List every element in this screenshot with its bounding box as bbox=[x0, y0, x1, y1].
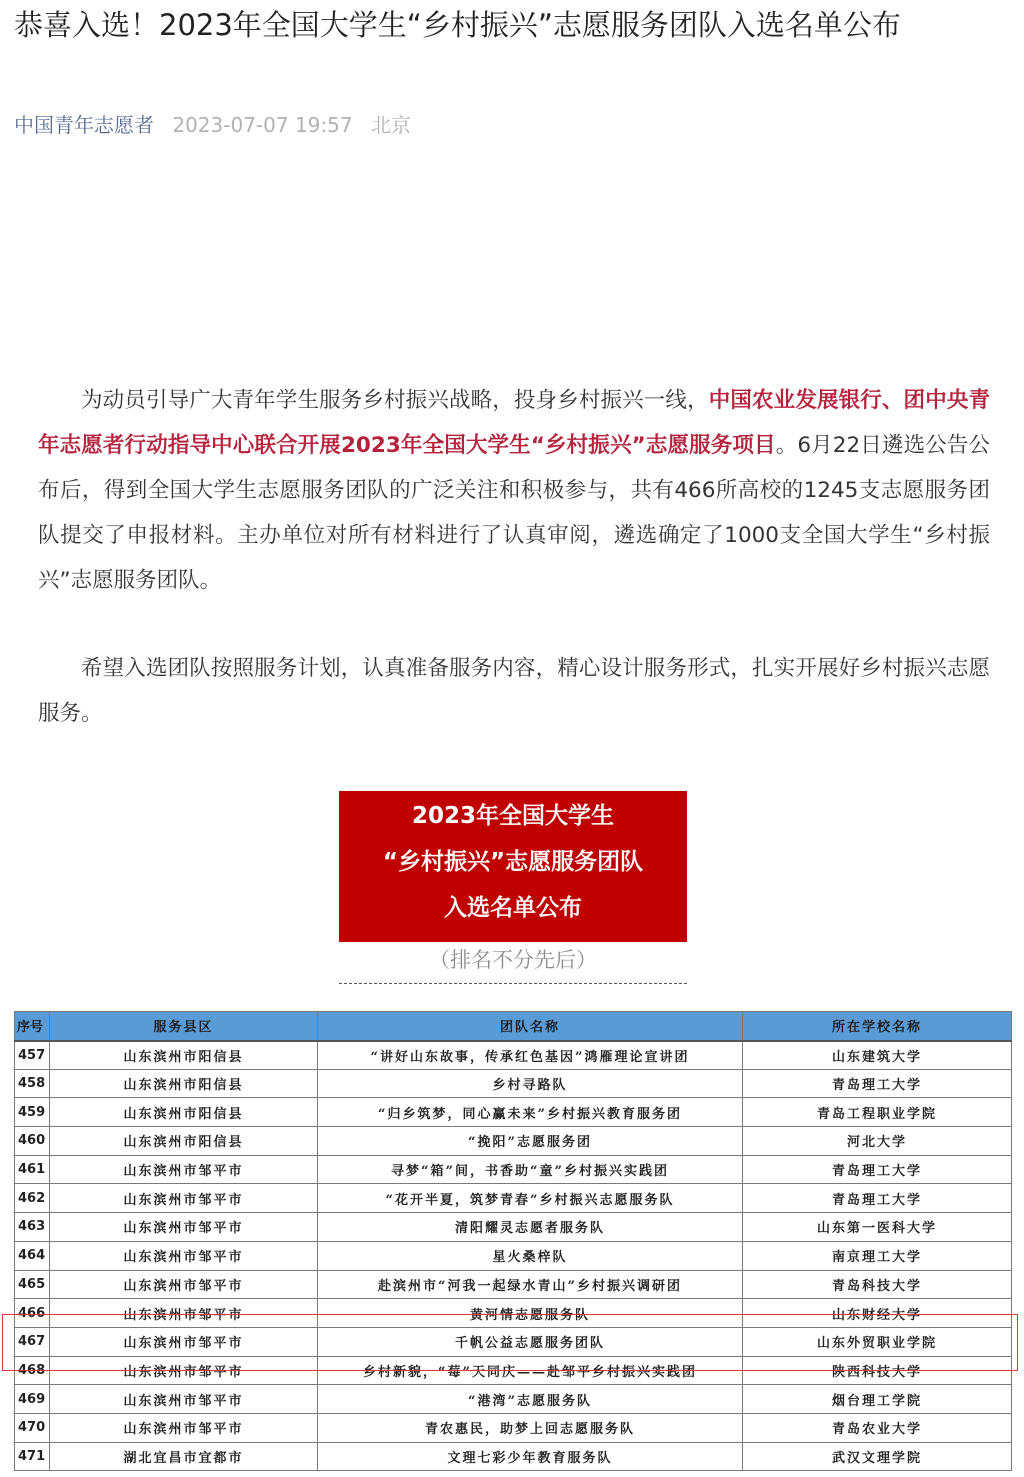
cell-team: 乡村寻路队 bbox=[318, 1069, 743, 1098]
article-page: 恭喜入选！2023年全国大学生“乡村振兴”志愿服务团队入选名单公布 中国青年志愿… bbox=[0, 0, 1024, 1477]
table-row: 470山东滨州市邹平市青农惠民，助梦上回志愿服务队青岛农业大学 bbox=[15, 1413, 1012, 1442]
cell-county: 山东滨州市阳信县 bbox=[50, 1041, 318, 1070]
cell-school: 青岛理工大学 bbox=[743, 1155, 1012, 1184]
cell-school: 青岛工程职业学院 bbox=[743, 1098, 1012, 1127]
publish-time: 2023-07-07 19:57 bbox=[172, 113, 352, 137]
table-row: 458山东滨州市阳信县乡村寻路队青岛理工大学 bbox=[15, 1069, 1012, 1098]
cell-school: 山东第一医科大学 bbox=[743, 1213, 1012, 1242]
cell-no: 462 bbox=[15, 1184, 50, 1213]
cell-team: 星火桑梓队 bbox=[318, 1241, 743, 1270]
cell-team: 黄河情志愿服务队 bbox=[318, 1299, 743, 1328]
cell-no: 457 bbox=[15, 1041, 50, 1070]
cell-school: 青岛农业大学 bbox=[743, 1413, 1012, 1442]
cell-county: 湖北宜昌市宜都市 bbox=[50, 1442, 318, 1471]
banner-line-1: 2023年全国大学生 bbox=[339, 793, 687, 839]
cell-county: 山东滨州市阳信县 bbox=[50, 1069, 318, 1098]
closing-paragraph: 希望入选团队按照服务计划，认真准备服务内容，精心设计服务形式，扎实开展好乡村振兴… bbox=[38, 646, 990, 736]
cell-no: 469 bbox=[15, 1385, 50, 1414]
table-row: 471湖北宜昌市宜都市文理七彩少年教育服务队武汉文理学院 bbox=[15, 1442, 1012, 1471]
cell-school: 河北大学 bbox=[743, 1127, 1012, 1156]
table-row: 464山东滨州市邹平市星火桑梓队南京理工大学 bbox=[15, 1241, 1012, 1270]
cell-team: “归乡筑梦，同心赢未来”乡村振兴教育服务团 bbox=[318, 1098, 743, 1127]
cell-school: 青岛理工大学 bbox=[743, 1069, 1012, 1098]
cell-no: 465 bbox=[15, 1270, 50, 1299]
table-row: 468山东滨州市邹平市乡村新貌，“莓”天同庆——赴邹平乡村振兴实践团陕西科技大学 bbox=[15, 1356, 1012, 1385]
cell-team: 乡村新貌，“莓”天同庆——赴邹平乡村振兴实践团 bbox=[318, 1356, 743, 1385]
cell-team: “挽阳”志愿服务团 bbox=[318, 1127, 743, 1156]
cell-school: 山东外贸职业学院 bbox=[743, 1327, 1012, 1356]
cell-team: 文理七彩少年教育服务队 bbox=[318, 1442, 743, 1471]
cell-school: 山东财经大学 bbox=[743, 1299, 1012, 1328]
cell-team: 寻梦“箱”间，书香助“童”乡村振兴实践团 bbox=[318, 1155, 743, 1184]
cell-team: 千帆公益志愿服务团队 bbox=[318, 1327, 743, 1356]
banner-line-2: “乡村振兴”志愿服务团队 bbox=[339, 839, 687, 885]
cell-no: 463 bbox=[15, 1213, 50, 1242]
cell-team: “讲好山东故事，传承红色基因”鸿雁理论宣讲团 bbox=[318, 1041, 743, 1070]
publish-location: 北京 bbox=[371, 113, 411, 137]
cell-county: 山东滨州市阳信县 bbox=[50, 1098, 318, 1127]
cell-school: 青岛理工大学 bbox=[743, 1184, 1012, 1213]
team-list-table: 序号 服务县区 团队名称 所在学校名称 457山东滨州市阳信县“讲好山东故事，传… bbox=[14, 1011, 1012, 1471]
cell-school: 山东建筑大学 bbox=[743, 1041, 1012, 1070]
cell-county: 山东滨州市邹平市 bbox=[50, 1270, 318, 1299]
table-row: 466山东滨州市邹平市黄河情志愿服务队山东财经大学 bbox=[15, 1299, 1012, 1328]
table-row: 459山东滨州市阳信县“归乡筑梦，同心赢未来”乡村振兴教育服务团青岛工程职业学院 bbox=[15, 1098, 1012, 1127]
col-header-county: 服务县区 bbox=[50, 1012, 318, 1041]
table-row: 465山东滨州市邹平市赴滨州市“河我一起绿水青山”乡村振兴调研团青岛科技大学 bbox=[15, 1270, 1012, 1299]
table-row: 460山东滨州市阳信县“挽阳”志愿服务团河北大学 bbox=[15, 1127, 1012, 1156]
cell-county: 山东滨州市阳信县 bbox=[50, 1127, 318, 1156]
cell-no: 459 bbox=[15, 1098, 50, 1127]
cell-school: 武汉文理学院 bbox=[743, 1442, 1012, 1471]
cell-school: 南京理工大学 bbox=[743, 1241, 1012, 1270]
article-title: 恭喜入选！2023年全国大学生“乡村振兴”志愿服务团队入选名单公布 bbox=[14, 2, 1004, 48]
author-link[interactable]: 中国青年志愿者 bbox=[14, 113, 154, 137]
cell-county: 山东滨州市邹平市 bbox=[50, 1413, 318, 1442]
cell-county: 山东滨州市邹平市 bbox=[50, 1213, 318, 1242]
cell-no: 467 bbox=[15, 1327, 50, 1356]
ranking-note: （排名不分先后） bbox=[339, 944, 687, 976]
cell-no: 460 bbox=[15, 1127, 50, 1156]
cell-county: 山东滨州市邹平市 bbox=[50, 1385, 318, 1414]
table-header-row: 序号 服务县区 团队名称 所在学校名称 bbox=[15, 1012, 1012, 1041]
cell-county: 山东滨州市邹平市 bbox=[50, 1327, 318, 1356]
table-row: 469山东滨州市邹平市“港湾”志愿服务队烟台理工学院 bbox=[15, 1385, 1012, 1414]
intro-paragraph: 为动员引导广大青年学生服务乡村振兴战略，投身乡村振兴一线，中国农业发展银行、团中… bbox=[38, 378, 990, 603]
banner-line-3: 入选名单公布 bbox=[339, 885, 687, 931]
cell-team: 清阳耀灵志愿者服务队 bbox=[318, 1213, 743, 1242]
col-header-school: 所在学校名称 bbox=[743, 1012, 1012, 1041]
col-header-no: 序号 bbox=[15, 1012, 50, 1041]
cell-county: 山东滨州市邹平市 bbox=[50, 1155, 318, 1184]
col-header-team: 团队名称 bbox=[318, 1012, 743, 1041]
table-row: 461山东滨州市邹平市寻梦“箱”间，书香助“童”乡村振兴实践团青岛理工大学 bbox=[15, 1155, 1012, 1184]
cell-county: 山东滨州市邹平市 bbox=[50, 1356, 318, 1385]
table-row: 462山东滨州市邹平市“花开半夏，筑梦青春”乡村振兴志愿服务队青岛理工大学 bbox=[15, 1184, 1012, 1213]
cell-no: 461 bbox=[15, 1155, 50, 1184]
cell-no: 466 bbox=[15, 1299, 50, 1328]
cell-team: “港湾”志愿服务队 bbox=[318, 1385, 743, 1414]
cell-school: 烟台理工学院 bbox=[743, 1385, 1012, 1414]
table-row: 457山东滨州市阳信县“讲好山东故事，传承红色基因”鸿雁理论宣讲团山东建筑大学 bbox=[15, 1041, 1012, 1070]
cell-county: 山东滨州市邹平市 bbox=[50, 1299, 318, 1328]
article-meta: 中国青年志愿者 2023-07-07 19:57 北京 bbox=[14, 111, 411, 139]
cell-no: 468 bbox=[15, 1356, 50, 1385]
cell-no: 470 bbox=[15, 1413, 50, 1442]
cell-county: 山东滨州市邹平市 bbox=[50, 1184, 318, 1213]
cell-team: “花开半夏，筑梦青春”乡村振兴志愿服务队 bbox=[318, 1184, 743, 1213]
cell-no: 464 bbox=[15, 1241, 50, 1270]
cell-team: 赴滨州市“河我一起绿水青山”乡村振兴调研团 bbox=[318, 1270, 743, 1299]
intro-text: 为动员引导广大青年学生服务乡村振兴战略，投身乡村振兴一线， bbox=[81, 388, 709, 413]
table-row: 463山东滨州市邹平市清阳耀灵志愿者服务队山东第一医科大学 bbox=[15, 1213, 1012, 1242]
table-row-highlighted: 467山东滨州市邹平市千帆公益志愿服务团队山东外贸职业学院 bbox=[15, 1327, 1012, 1356]
cell-team: 青农惠民，助梦上回志愿服务队 bbox=[318, 1413, 743, 1442]
cell-no: 458 bbox=[15, 1069, 50, 1098]
cell-county: 山东滨州市邹平市 bbox=[50, 1241, 318, 1270]
list-banner: 2023年全国大学生 “乡村振兴”志愿服务团队 入选名单公布 bbox=[339, 791, 687, 942]
dashed-divider bbox=[339, 983, 687, 984]
cell-no: 471 bbox=[15, 1442, 50, 1471]
cell-school: 陕西科技大学 bbox=[743, 1356, 1012, 1385]
cell-school: 青岛科技大学 bbox=[743, 1270, 1012, 1299]
